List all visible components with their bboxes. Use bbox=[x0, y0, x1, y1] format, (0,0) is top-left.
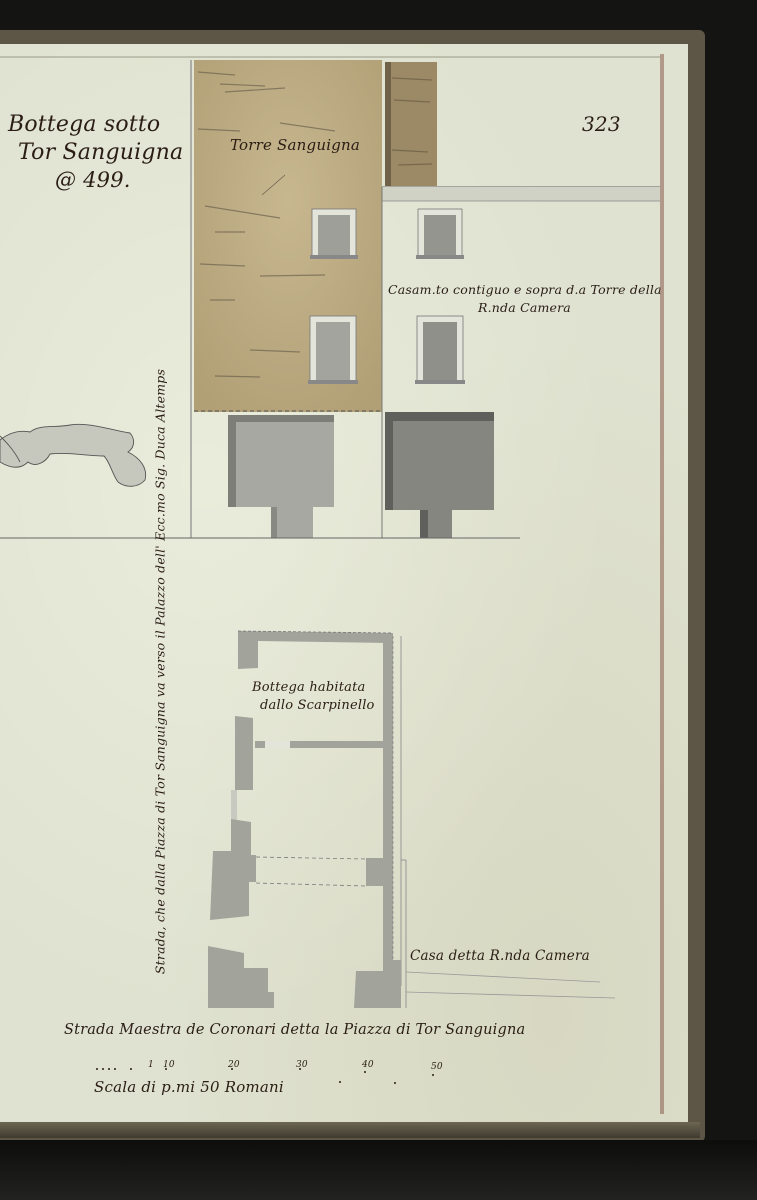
scale-tick-30: 30 bbox=[296, 1060, 308, 1070]
adjacent-house-label-line2: R.nda Camera bbox=[478, 300, 571, 315]
main-street-label: Strada Maestra de Coronari detta la Piaz… bbox=[64, 1022, 525, 1038]
page-right-edge bbox=[660, 54, 664, 1114]
folio-number: 323 bbox=[582, 112, 621, 136]
window-tower-upper bbox=[310, 209, 358, 259]
scale-tick-10: 10 bbox=[163, 1060, 175, 1070]
window-house-lower bbox=[415, 316, 465, 384]
scale-tick-40: 40 bbox=[362, 1060, 374, 1070]
background-surface bbox=[0, 1140, 757, 1200]
ribbon-decoration bbox=[0, 424, 146, 486]
title-annotation-line3: @ 499. bbox=[55, 168, 131, 192]
window-house-upper bbox=[416, 209, 464, 259]
scale-bar-label: Scala di p.mi 50 Romani bbox=[94, 1078, 284, 1096]
tower-label: Torre Sanguigna bbox=[230, 136, 360, 154]
shop-opening-right bbox=[385, 412, 494, 538]
scale-tick-1: 1 bbox=[148, 1060, 154, 1070]
side-street-label: Strada, che dalla Piazza di Tor Sanguign… bbox=[153, 322, 168, 1022]
title-annotation-line1: Bottega sotto bbox=[8, 112, 160, 137]
shop-label-line2: dallo Scarpinello bbox=[260, 698, 375, 713]
title-annotation-line2: Tor Sanguigna bbox=[18, 140, 183, 165]
neighbor-house-label: Casa detta R.nda Camera bbox=[410, 948, 590, 964]
page-bottom-edge bbox=[0, 1122, 700, 1138]
tower-upper-block bbox=[385, 62, 437, 186]
scale-tick-50: 50 bbox=[431, 1062, 443, 1072]
adjacent-house-label-line1: Casam.to contiguo e sopra d.a Torre dell… bbox=[388, 282, 662, 297]
manuscript-page: Bottega sotto Tor Sanguigna @ 499. 323 T… bbox=[0, 44, 688, 1124]
shop-opening-left bbox=[228, 415, 334, 538]
window-tower-lower bbox=[308, 316, 358, 384]
scale-tick-20: 20 bbox=[228, 1060, 240, 1070]
shop-label-line1: Bottega habitata bbox=[252, 680, 365, 695]
